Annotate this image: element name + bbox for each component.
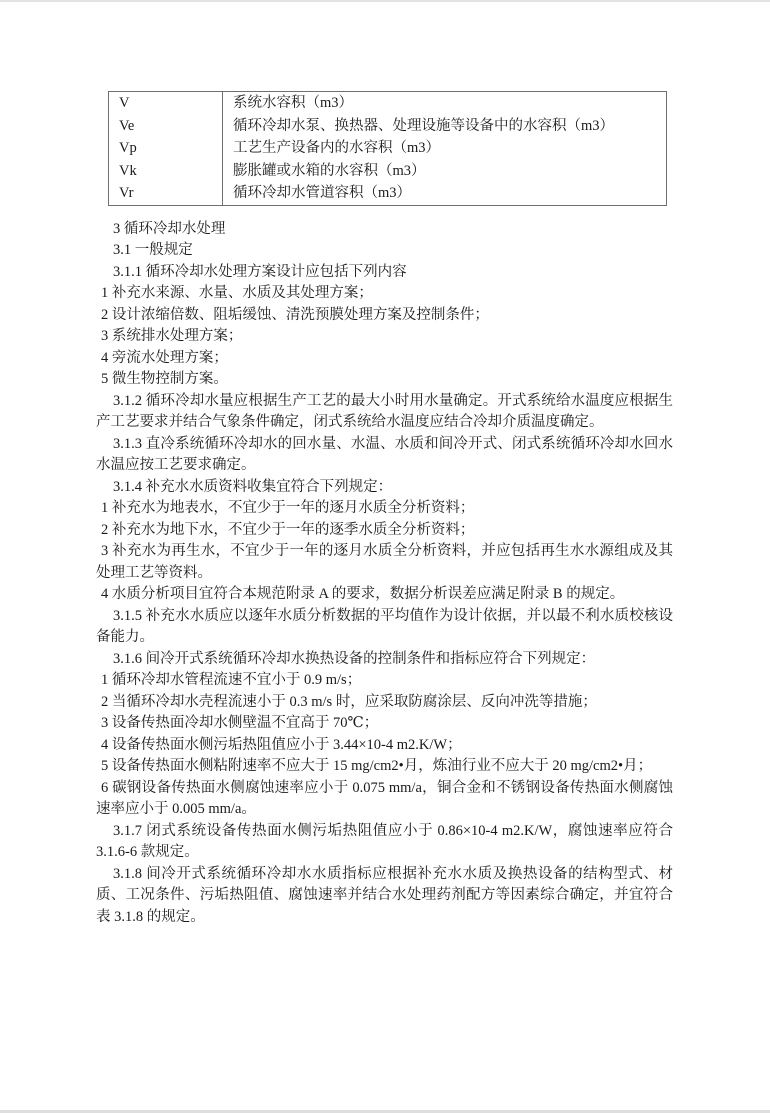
doc-paragraph: 3.1.7 闭式系统设备传热面水侧污垢热阻值应小于 0.86×10-4 m2.K… bbox=[96, 821, 673, 864]
definition-cell: 循环冷却水泵、换热器、处理设施等设备中的水容积（m3） bbox=[223, 115, 667, 138]
symbols-table-body: V 系统水容积（m3） Ve 循环冷却水泵、换热器、处理设施等设备中的水容积（m… bbox=[109, 92, 667, 206]
doc-paragraph: 3.1.5 补充水水质应以逐年水质分析数据的平均值作为设计依据，并以最不利水质校… bbox=[96, 606, 673, 649]
doc-paragraph: 3.1.3 直冷系统循环冷却水的回水量、水温、水质和间冷开式、闭式系统循环冷却水… bbox=[96, 434, 673, 477]
symbol-table-row: V 系统水容积（m3） bbox=[109, 92, 667, 115]
doc-paragraph: 4 水质分析项目宜符合本规范附录 A 的要求，数据分析误差应满足附录 B 的规定… bbox=[96, 584, 673, 606]
doc-paragraph: 2 补充水为地下水，不宜少于一年的逐季水质全分析资料； bbox=[96, 520, 673, 542]
doc-paragraph: 5 微生物控制方案。 bbox=[96, 369, 673, 391]
doc-paragraph: 3.1.2 循环冷却水量应根据生产工艺的最大小时用水量确定。开式系统给水温度应根… bbox=[96, 391, 673, 434]
doc-paragraph: 3.1.8 间冷开式系统循环冷却水水质指标应根据补充水水质及换热设备的结构型式、… bbox=[96, 864, 673, 929]
definition-cell: 膨胀罐或水箱的水容积（m3） bbox=[223, 160, 667, 183]
doc-paragraph: 1 补充水来源、水量、水质及其处理方案； bbox=[96, 283, 673, 305]
doc-paragraph: 3 设备传热面冷却水侧壁温不宜高于 70℃； bbox=[96, 713, 673, 735]
doc-paragraph: 3.1.4 补充水水质资料收集宜符合下列规定： bbox=[96, 477, 673, 499]
doc-paragraph: 5 设备传热面水侧粘附速率不应大于 15 mg/cm2•月，炼油行业不应大于 2… bbox=[96, 756, 673, 778]
doc-paragraph: 4 设备传热面水侧污垢热阻值应小于 3.44×10-4 m2.K/W； bbox=[96, 735, 673, 757]
page-content: V 系统水容积（m3） Ve 循环冷却水泵、换热器、处理设施等设备中的水容积（m… bbox=[0, 2, 770, 928]
doc-paragraph: 3.1.6 间冷开式系统循环冷却水换热设备的控制条件和指标应符合下列规定： bbox=[96, 649, 673, 671]
doc-paragraph: 3.1 一般规定 bbox=[96, 240, 673, 262]
definition-cell: 工艺生产设备内的水容积（m3） bbox=[223, 137, 667, 160]
symbol-cell: V bbox=[109, 92, 223, 115]
definition-cell: 系统水容积（m3） bbox=[223, 92, 667, 115]
symbol-cell: Vk bbox=[109, 160, 223, 183]
symbol-cell: Vr bbox=[109, 182, 223, 205]
symbol-table-row: Ve 循环冷却水泵、换热器、处理设施等设备中的水容积（m3） bbox=[109, 115, 667, 138]
symbol-table-row: Vk 膨胀罐或水箱的水容积（m3） bbox=[109, 160, 667, 183]
doc-paragraph: 3 循环冷却水处理 bbox=[96, 219, 673, 241]
doc-paragraph: 3 系统排水处理方案； bbox=[96, 326, 673, 348]
doc-paragraph: 3 补充水为再生水，不宜少于一年的逐月水质全分析资料，并应包括再生水水源组成及其… bbox=[96, 541, 673, 584]
symbol-table-row: Vr 循环冷却水管道容积（m3） bbox=[109, 182, 667, 205]
doc-paragraph: 2 当循环冷却水壳程流速小于 0.3 m/s 时，应采取防腐涂层、反向冲洗等措施… bbox=[96, 692, 673, 714]
doc-paragraph: 3.1.1 循环冷却水处理方案设计应包括下列内容 bbox=[96, 262, 673, 284]
doc-paragraph: 6 碳钢设备传热面水侧腐蚀速率应小于 0.075 mm/a，铜合金和不锈钢设备传… bbox=[96, 778, 673, 821]
symbol-cell: Vp bbox=[109, 137, 223, 160]
document-page: V 系统水容积（m3） Ve 循环冷却水泵、换热器、处理设施等设备中的水容积（m… bbox=[0, 0, 770, 1113]
symbol-table-row: Vp 工艺生产设备内的水容积（m3） bbox=[109, 137, 667, 160]
doc-paragraph: 1 补充水为地表水，不宜少于一年的逐月水质全分析资料； bbox=[96, 498, 673, 520]
doc-paragraph: 2 设计浓缩倍数、阻垢缓蚀、清洗预膜处理方案及控制条件； bbox=[96, 305, 673, 327]
doc-paragraph: 4 旁流水处理方案； bbox=[96, 348, 673, 370]
definition-cell: 循环冷却水管道容积（m3） bbox=[223, 182, 667, 205]
doc-paragraph: 1 循环冷却水管程流速不宜小于 0.9 m/s； bbox=[96, 670, 673, 692]
symbols-table: V 系统水容积（m3） Ve 循环冷却水泵、换热器、处理设施等设备中的水容积（m… bbox=[108, 91, 667, 206]
document-paragraphs: 3 循环冷却水处理 3.1 一般规定 3.1.1 循环冷却水处理方案设计应包括下… bbox=[96, 219, 673, 929]
symbol-cell: Ve bbox=[109, 115, 223, 138]
